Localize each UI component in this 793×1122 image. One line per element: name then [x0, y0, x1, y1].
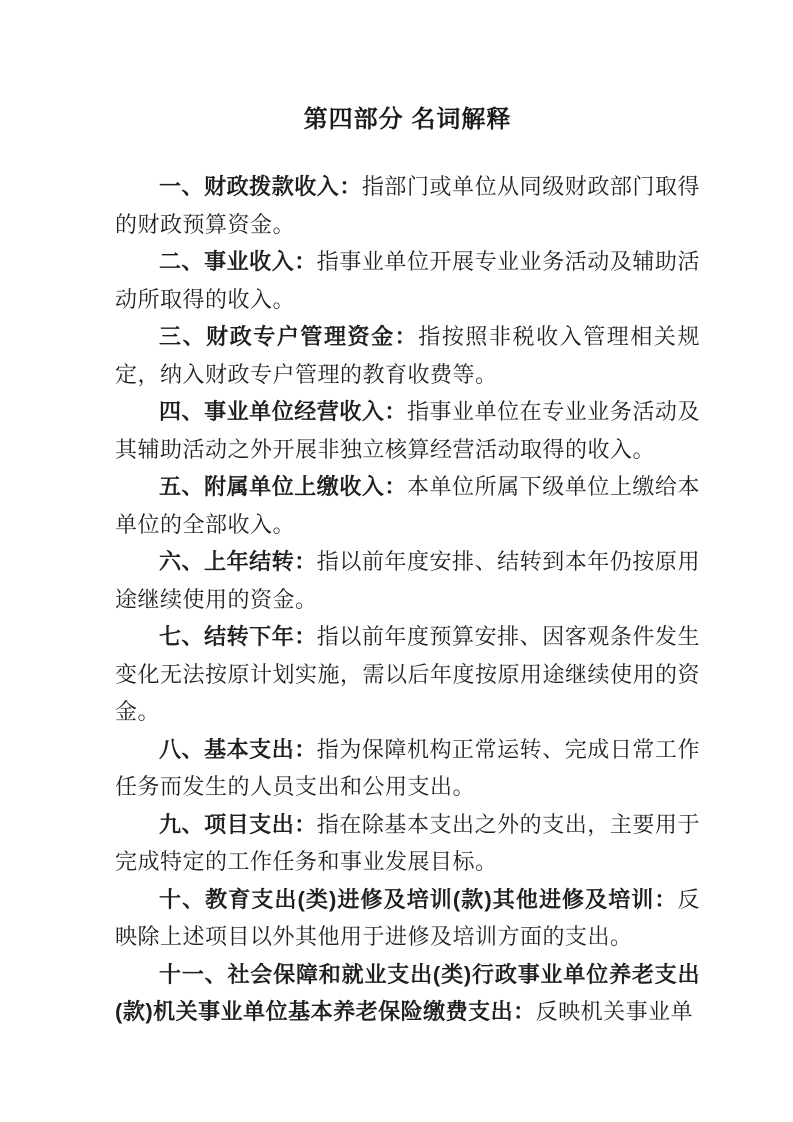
definition-paragraph: 六、上年结转：指以前年度安排、结转到本年仍按原用途继续使用的资金。 — [115, 543, 700, 618]
term-label: 九、项目支出： — [159, 812, 317, 837]
definition-paragraph: 五、附属单位上缴收入：本单位所属下级单位上缴给本单位的全部收入。 — [115, 468, 700, 543]
term-label: 五、附属单位上缴收入： — [159, 474, 407, 499]
term-label: 七、结转下年： — [159, 624, 317, 649]
term-definition: 反映机关事业单 — [536, 999, 694, 1024]
term-label: 一、财政拨款收入： — [159, 174, 362, 199]
definition-paragraph: 八、基本支出：指为保障机构正常运转、完成日常工作任务而发生的人员支出和公用支出。 — [115, 731, 700, 806]
document-content: 第四部分 名词解释 一、财政拨款收入：指部门或单位从同级财政部门取得的财政预算资… — [115, 100, 700, 1031]
document-page: 第四部分 名词解释 一、财政拨款收入：指部门或单位从同级财政部门取得的财政预算资… — [0, 0, 793, 1122]
term-label: 十、教育支出(类)进修及培训(款)其他进修及培训： — [159, 887, 677, 912]
term-label: 八、基本支出： — [159, 737, 317, 762]
definition-paragraph: 七、结转下年：指以前年度预算安排、因客观条件发生变化无法按原计划实施，需以后年度… — [115, 618, 700, 731]
definition-paragraph: 九、项目支出：指在除基本支出之外的支出，主要用于完成特定的工作任务和事业发展目标… — [115, 806, 700, 881]
definitions-list: 一、财政拨款收入：指部门或单位从同级财政部门取得的财政预算资金。 二、事业收入：… — [115, 168, 700, 1031]
term-label: 二、事业收入： — [159, 249, 317, 274]
definition-paragraph: 十一、社会保障和就业支出(类)行政事业单位养老支出(款)机关事业单位基本养老保险… — [115, 956, 700, 1031]
term-label: 三、财政专户管理资金： — [159, 324, 418, 349]
definition-paragraph: 一、财政拨款收入：指部门或单位从同级财政部门取得的财政预算资金。 — [115, 168, 700, 243]
definition-paragraph: 四、事业单位经营收入：指事业单位在专业业务活动及其辅助活动之外开展非独立核算经营… — [115, 393, 700, 468]
definition-paragraph: 三、财政专户管理资金：指按照非税收入管理相关规定，纳入财政专户管理的教育收费等。 — [115, 318, 700, 393]
term-label: 四、事业单位经营收入： — [159, 399, 407, 424]
document-title: 第四部分 名词解释 — [115, 100, 700, 140]
term-label: 六、上年结转： — [159, 549, 317, 574]
definition-paragraph: 二、事业收入：指事业单位开展专业业务活动及辅助活动所取得的收入。 — [115, 243, 700, 318]
definition-paragraph: 十、教育支出(类)进修及培训(款)其他进修及培训：反映除上述项目以外其他用于进修… — [115, 881, 700, 956]
